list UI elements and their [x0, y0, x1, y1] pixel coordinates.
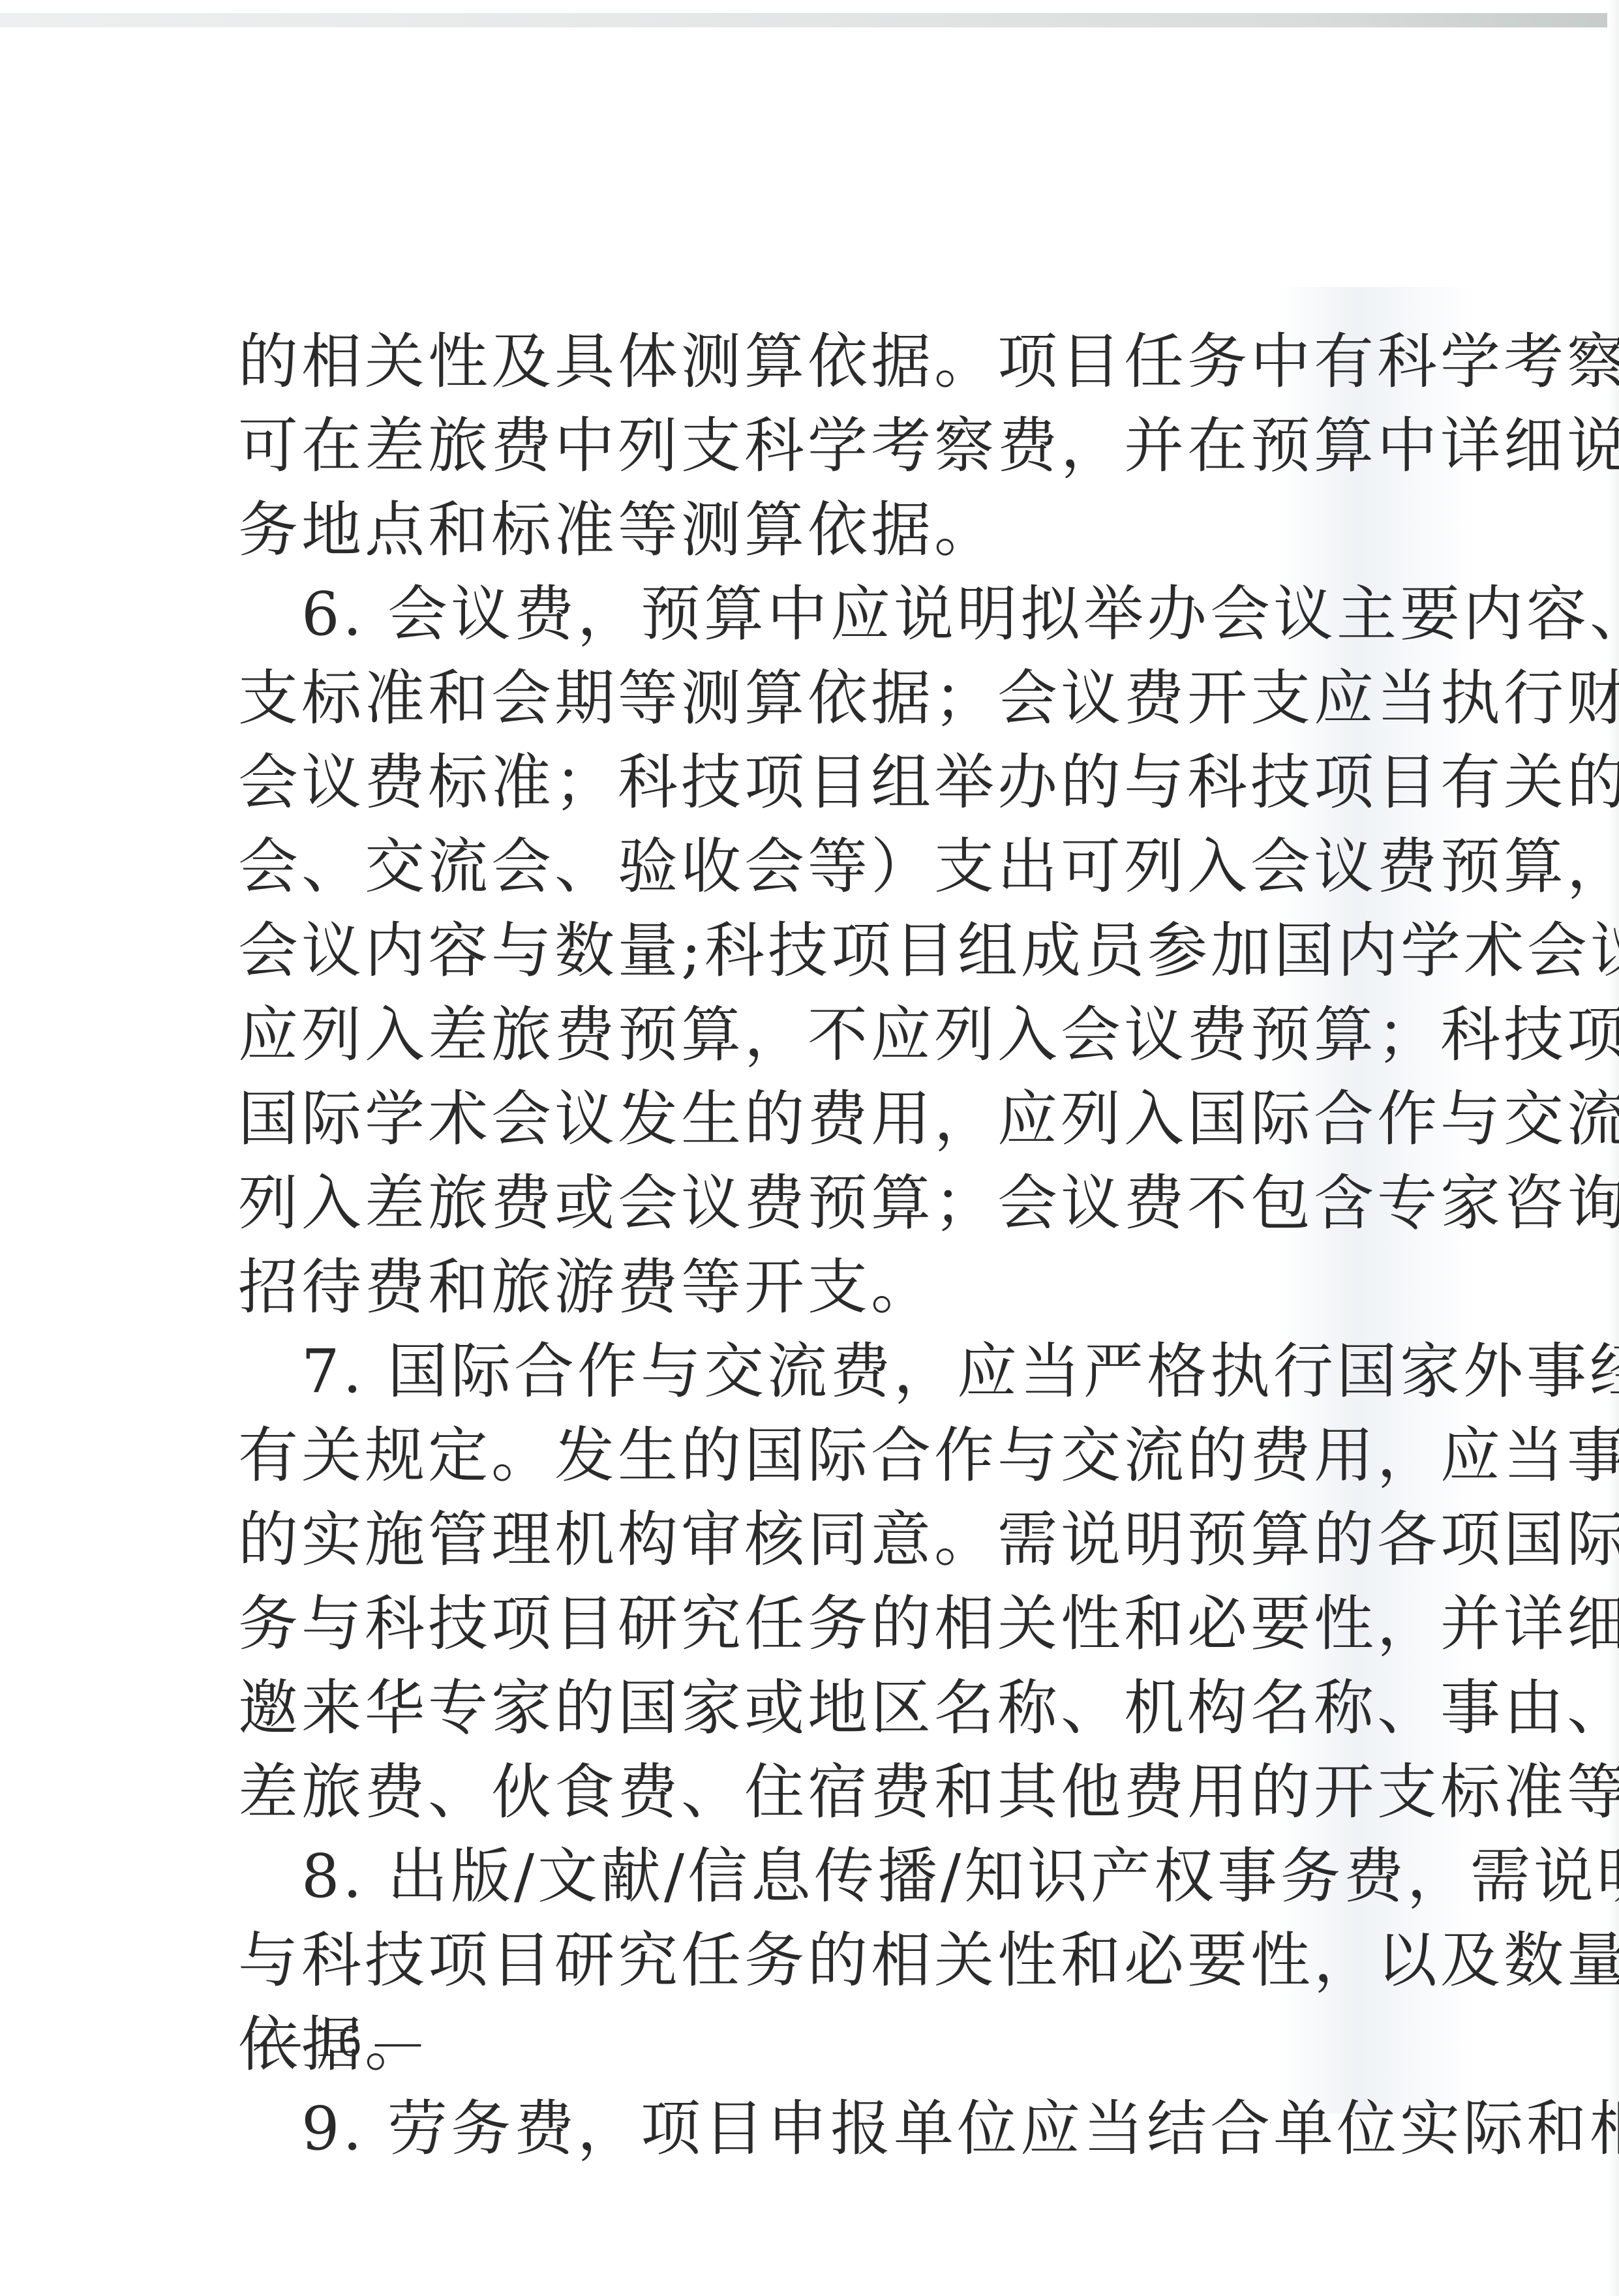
scan-top-edge — [0, 13, 1619, 27]
text-line: 邀来华专家的国家或地区名称、机构名称、事由、人数、天数、 — [238, 1666, 1458, 1750]
paragraph-item-7-international-exchange: 7. 国际合作与交流费，应当严格执行国家外事经费管理的 有关规定。发生的国际合作… — [238, 1329, 1458, 1834]
text-line: 有关规定。发生的国际合作与交流的费用，应当事先报科技项目 — [238, 1413, 1458, 1498]
text-line: 列入差旅费或会议费预算；会议费不包含专家咨询费、礼品费、 — [238, 1161, 1458, 1245]
text-line: 的实施管理机构审核同意。需说明预算的各项国际合作与交流任 — [238, 1498, 1458, 1582]
text-line: 会、交流会、验收会等）支出可列入会议费预算，但应合理安排 — [238, 824, 1458, 909]
text-line: 可在差旅费中列支科学考察费，并在预算中详细说明科学考察任 — [238, 404, 1458, 488]
paragraph-continuation: 的相关性及具体测算依据。项目任务中有科学考察内容的项目， 可在差旅费中列支科学考… — [238, 320, 1458, 572]
text-line: 的相关性及具体测算依据。项目任务中有科学考察内容的项目， — [238, 320, 1458, 404]
text-line: 差旅费、伙食费、住宿费和其他费用的开支标准等测算依据。 — [238, 1750, 1458, 1834]
text-line: 6. 会议费，预算中应说明拟举办会议主要内容、规模、开 — [238, 572, 1458, 656]
paragraph-item-6-meeting-fees: 6. 会议费，预算中应说明拟举办会议主要内容、规模、开 支标准和会期等测算依据；… — [238, 572, 1458, 1329]
text-line: 支标准和会期等测算依据；会议费开支应当执行财政部门规定的 — [238, 656, 1458, 740]
paragraph-item-9-labor-fees: 9. 劳务费，项目申报单位应当结合单位实际和相关人员参 — [238, 2087, 1458, 2171]
text-line: 与科技项目研究任务的相关性和必要性，以及数量、单价等测算 — [238, 1918, 1458, 2002]
text-line: 国际学术会议发生的费用，应列入国际合作与交流费预算，不应 — [238, 1077, 1458, 1161]
text-line: 务地点和标准等测算依据。 — [238, 488, 1458, 572]
page-number: — 16 — — [254, 2016, 422, 2068]
text-line: 招待费和旅游费等开支。 — [238, 1245, 1458, 1329]
text-line: 9. 劳务费，项目申报单位应当结合单位实际和相关人员参 — [238, 2087, 1458, 2171]
text-line: 会议内容与数量;科技项目组成员参加国内学术会议发生的费用， — [238, 909, 1458, 993]
text-line: 8. 出版/文献/信息传播/知识产权事务费，需说明各项预算 — [238, 1834, 1458, 1918]
text-line: 应列入差旅费预算，不应列入会议费预算；科技项目组成员参加 — [238, 993, 1458, 1077]
document-page: 的相关性及具体测算依据。项目任务中有科学考察内容的项目， 可在差旅费中列支科学考… — [238, 320, 1458, 2171]
text-line: 务与科技项目研究任务的相关性和必要性，并详细列示出访或受 — [238, 1582, 1458, 1666]
text-line: 7. 国际合作与交流费，应当严格执行国家外事经费管理的 — [238, 1329, 1458, 1413]
text-line: 会议费标准；科技项目组举办的与科技项目有关的会议（如咨询 — [238, 740, 1458, 824]
